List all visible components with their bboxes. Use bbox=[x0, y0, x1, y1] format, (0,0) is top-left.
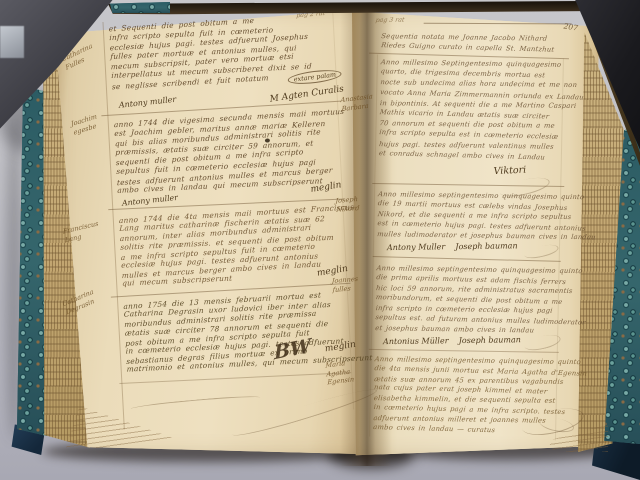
signature: Antonius Müller Joseph bauman bbox=[383, 335, 521, 346]
right-page-content: pag 3 rat 207 Sequentia notata me Joanne… bbox=[343, 6, 604, 463]
ink-flourish bbox=[424, 23, 572, 25]
register-entry: Anno millesimo septingentesimo quinquage… bbox=[377, 189, 560, 259]
register-entry: anno 1744 die vigesima secunda mensis ma… bbox=[114, 107, 350, 209]
margin-note: JosephNikord bbox=[335, 195, 360, 214]
register-entry: anno 1754 die 13 mensis februarii mortua… bbox=[123, 289, 359, 383]
marbled-top-edge bbox=[110, 2, 170, 13]
margin-note: AnastasiaBarbara bbox=[340, 92, 374, 113]
signature: Viktori bbox=[494, 165, 527, 178]
signature: Antony Muller Joseph bauman bbox=[387, 241, 518, 252]
handwritten-line: Nikord bbox=[336, 204, 360, 215]
ink-flourish bbox=[523, 242, 560, 260]
handwritten-line: et josephus bauman ambo cives in landau bbox=[375, 323, 558, 336]
wedge-highlight bbox=[0, 26, 24, 58]
page-number-right: 207 bbox=[563, 21, 579, 32]
signature: Antony muller bbox=[118, 95, 176, 110]
margin-note: Joannesfulles bbox=[331, 275, 359, 294]
register-entry: anno 1744 die 4ta mensis maii mortuus es… bbox=[119, 203, 355, 295]
handwritten-line: mulles ludimoderator et josephus bauman … bbox=[377, 229, 560, 242]
register-entry: Anno millesimo Septingentesimo quinquage… bbox=[378, 57, 562, 179]
top-annotation-right: pag 3 rat bbox=[375, 17, 405, 24]
margin-note: Joachimegesbe bbox=[70, 113, 101, 137]
handwritten-line: fulles bbox=[332, 283, 359, 294]
handwritten-line: Egensin bbox=[327, 375, 354, 387]
margin-note: MariaAgathaEgensin bbox=[325, 358, 355, 387]
register-entry: Anno millesimo septingentesimo quinquage… bbox=[375, 263, 559, 351]
photo-background: 206 pag 2 rat CatharinaFulles Joachimege… bbox=[0, 0, 640, 480]
ink-flourish bbox=[130, 394, 260, 412]
page-header: Sequentia notata me Joanne Jacobo Nithar… bbox=[381, 31, 567, 57]
